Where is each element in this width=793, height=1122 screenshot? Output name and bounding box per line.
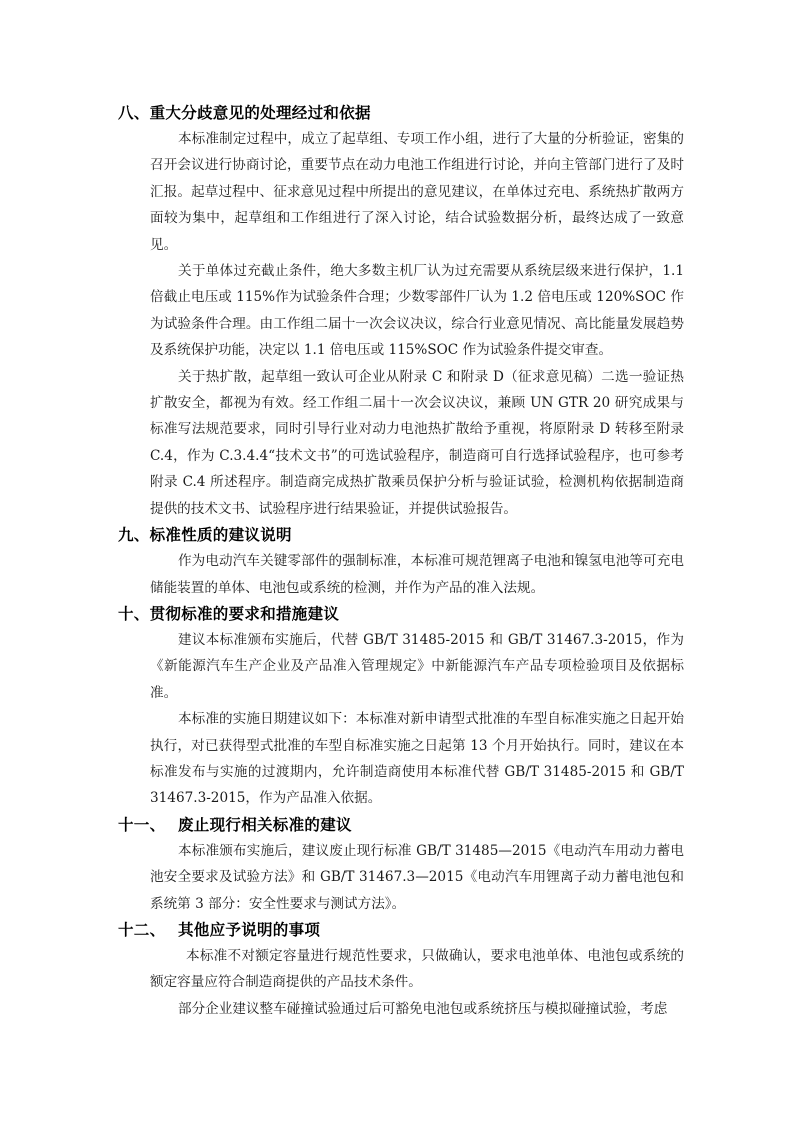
document-body: 八、重大分歧意见的处理经过和依据 本标准制定过程中，成立了起草组、专项工作小组，… [118, 100, 684, 1022]
section-heading-9: 九、标准性质的建议说明 [118, 522, 684, 548]
section-heading-12: 十二、其他应予说明的事项 [118, 917, 684, 943]
section-heading-8: 八、重大分歧意见的处理经过和依据 [118, 100, 684, 126]
paragraph: 本标准制定过程中，成立了起草组、专项工作小组，进行了大量的分析验证，密集的召开会… [150, 126, 684, 258]
paragraph: 建议本标准颁布实施后，代替 GB/T 31485-2015 和 GB/T 314… [150, 627, 684, 706]
paragraph: 本标准颁布实施后，建议废止现行标准 GB/T 31485—2015《电动汽车用动… [150, 838, 684, 917]
paragraph: 本标准的实施日期建议如下：本标准对新申请型式批准的车型自标准实施之日起开始执行，… [150, 706, 684, 812]
paragraph: 本标准不对额定容量进行规范性要求，只做确认，要求电池单体、电池包或系统的额定容量… [150, 943, 684, 996]
paragraph: 关于单体过充截止条件，绝大多数主机厂认为过充需要从系统层级来进行保护，1.1倍截… [150, 258, 684, 364]
paragraph: 作为电动汽车关键零部件的强制标准，本标准可规范锂离子电池和镍氢电池等可充电储能装… [150, 548, 684, 601]
section-heading-10: 十、贯彻标准的要求和措施建议 [118, 601, 684, 627]
paragraph: 部分企业建议整车碰撞试验通过后可豁免电池包或系统挤压与模拟碰撞试验，考虑 [150, 996, 684, 1022]
section-heading-11: 十一、废止现行相关标准的建议 [118, 812, 684, 838]
paragraph: 关于热扩散，起草组一致认可企业从附录 C 和附录 D（征求意见稿）二选一验证热扩… [150, 364, 684, 522]
document-page: 八、重大分歧意见的处理经过和依据 本标准制定过程中，成立了起草组、专项工作小组，… [0, 0, 793, 1122]
